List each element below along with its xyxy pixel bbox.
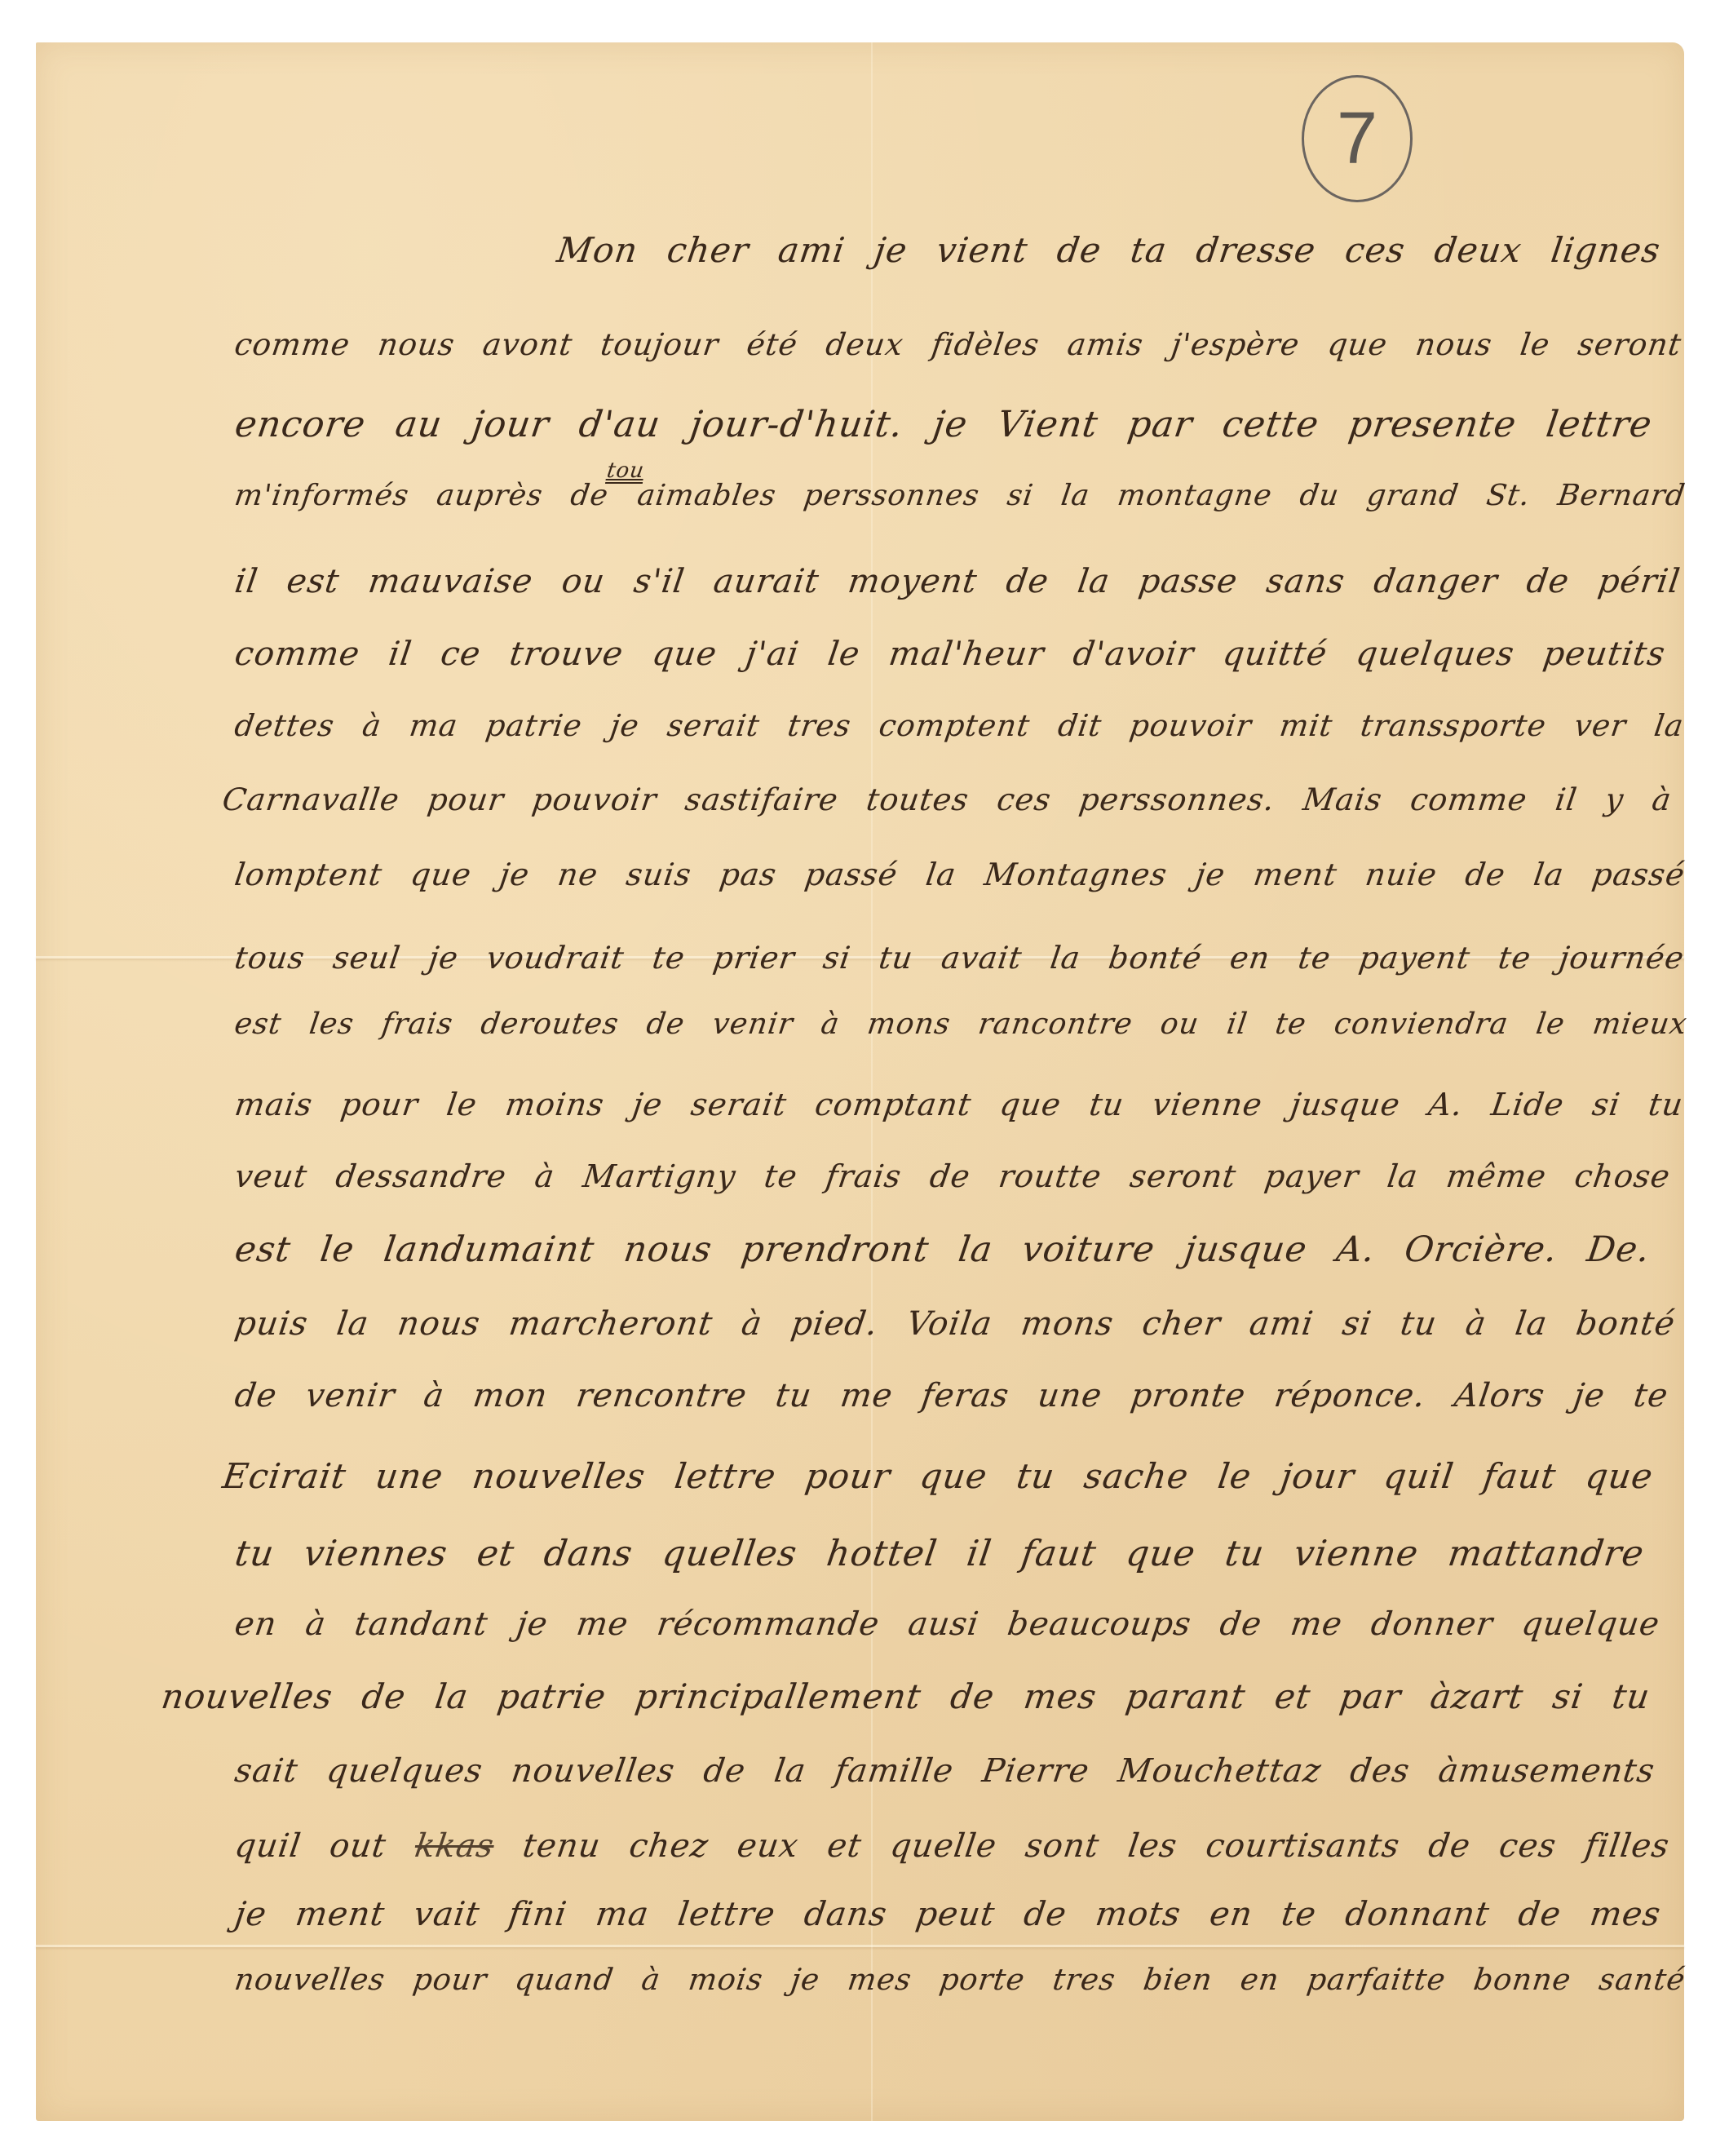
letter-line: Carnavalle pour pouvoir sastifaire toute… [220,781,1674,817]
line-segment: quil out [232,1827,389,1865]
letter-line: Ecirait une nouvelles lettre pour que tu… [220,1456,1656,1496]
letter-line: est le landumaint nous prendront la voit… [232,1229,1652,1270]
letter-line: comme il ce trouve que j'ai le mal'heur … [232,634,1668,673]
letter-line: tu viennes et dans quelles hottel il fau… [232,1534,1647,1574]
struck-out-word: kkas [413,1827,497,1865]
letter-line: comme nous avont toujour été deux fidèle… [232,326,1684,362]
letter-line: en à tandant je me récommande ausi beauc… [232,1605,1662,1643]
letter-line: est les frais deroutes de venir à mons r… [232,1007,1689,1041]
letter-line: mais pour le moins je serait comptant qu… [232,1087,1686,1123]
line-segment: aimables perssonnes si la montagne du gr… [635,479,1687,512]
letter-line: puis la nous marcheront à pied. Voila mo… [232,1305,1678,1343]
letter-body: Mon cher ami je vient de ta dresse ces d… [0,0,1729,2156]
letter-line: encore au jour d'au jour-d'huit. je Vien… [232,404,1655,445]
letter-line: tous seul je voudrait te prier si tu ava… [232,940,1687,976]
letter-line: lomptent que je ne suis pas passé la Mon… [232,857,1687,892]
letter-line: Mon cher ami je vient de ta dresse ces d… [555,230,1663,270]
letter-line: veut dessandre à Martigny te frais de ro… [232,1158,1673,1195]
letter-line: quil out kkas tenu chez eux et quelle so… [232,1827,1672,1865]
line-segment: tenu chez eux et quelle sont les courtis… [520,1827,1672,1865]
letter-line: dettes à ma patrie je serait tres compte… [232,708,1686,743]
letter-line: je ment vait fini ma lettre dans peut de… [232,1894,1664,1933]
letter-line: nouvelles de la patrie principallement d… [159,1676,1652,1716]
superscript-insertion: tou [605,458,646,483]
letter-line: m'informés auprès detouaimables perssonn… [232,479,1687,512]
letter-line: nouvelles pour quand à mois je mes porte… [232,1962,1687,1997]
letter-line: sait quelques nouvelles de la famille Pi… [232,1752,1657,1790]
letter-line: il est mauvaise ou s'il aurait moyent de… [232,561,1683,600]
letter-line: de venir à mon rencontre tu me feras une… [232,1377,1670,1414]
line-segment: m'informés auprès de [232,479,611,512]
